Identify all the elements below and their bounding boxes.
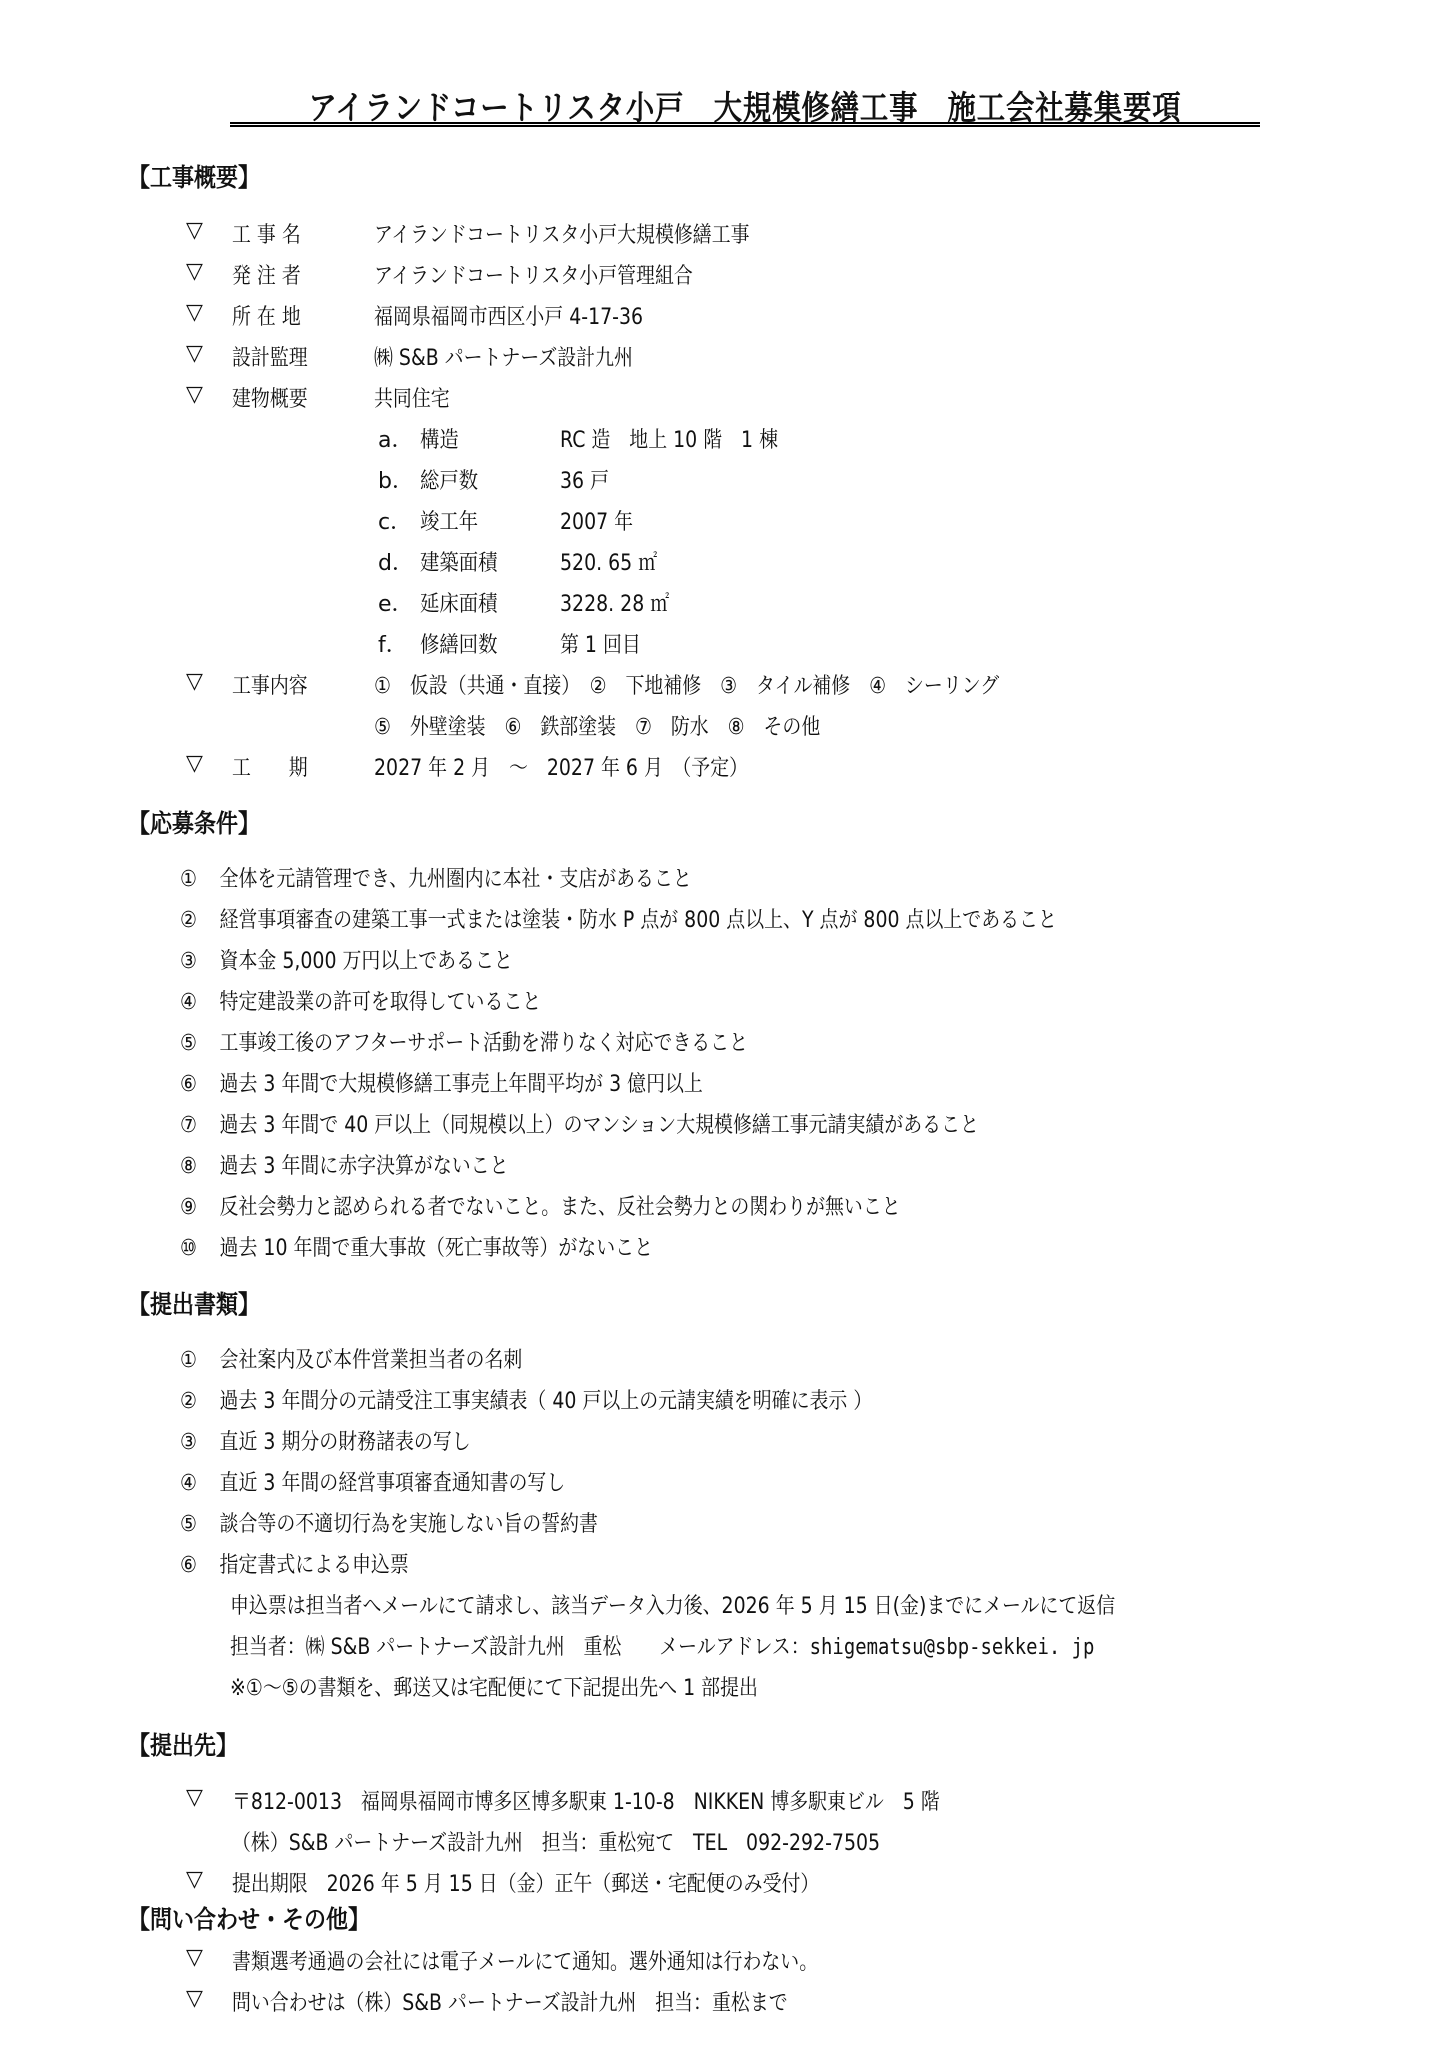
document-item: ⑤談合等の不適切行為を実施しない旨の誓約書 <box>180 1507 598 1538</box>
condition-text: 反社会勢力と認められる者でないこと。また、反社会勢力との関わりが無いこと <box>220 1195 901 1220</box>
work-content-line-1: ① 仮設（共通・直接） ② 下地補修 ③ タイル補修 ④ シーリング <box>374 669 999 700</box>
work-period-label: 工 期 <box>232 751 308 782</box>
triangle-bullet-icon: ▽ <box>186 341 203 366</box>
condition-item: ⑧過去 3 年間に赤字決算がないこと <box>180 1149 509 1180</box>
triangle-bullet-icon: ▽ <box>186 300 203 325</box>
condition-number: ② <box>180 908 220 933</box>
document-text: 過去 3 年間分の元請受注工事実績表（ 40 戸以上の元請実績を明確に表示 ） <box>220 1389 873 1414</box>
triangle-bullet-icon: ▽ <box>186 259 203 284</box>
spec-key: 竣工年 <box>420 505 478 536</box>
document-number: ① <box>180 1348 220 1373</box>
overview-label: 発 注 者 <box>232 259 301 290</box>
triangle-bullet-icon: ▽ <box>186 1867 203 1892</box>
spec-letter: a． <box>378 423 413 454</box>
section-heading-overview: 【工事概要】 <box>128 158 260 194</box>
document-text: 会社案内及び本件営業担当者の名刺 <box>220 1348 523 1373</box>
condition-number: ⑥ <box>180 1072 220 1097</box>
document-item: ①会社案内及び本件営業担当者の名刺 <box>180 1343 522 1374</box>
document-number: ⑤ <box>180 1512 220 1537</box>
triangle-bullet-icon: ▽ <box>186 1785 203 1810</box>
spec-letter: f． <box>378 628 408 659</box>
deadline-text: 提出期限 2026 年 5 月 15 日（金）正午（郵送・宅配便のみ受付） <box>232 1867 819 1898</box>
condition-text: 資本金 5,000 万円以上であること <box>220 949 513 974</box>
document-item: ⑥指定書式による申込票 <box>180 1548 409 1579</box>
section-heading-inquiries: 【問い合わせ・その他】 <box>128 1900 370 1936</box>
triangle-bullet-icon: ▽ <box>186 751 203 776</box>
condition-text: 経営事項審査の建築工事一式または塗装・防水 P 点が 800 点以上、Y 点が … <box>220 908 1057 933</box>
work-content-label: 工事内容 <box>232 669 308 700</box>
condition-item: ⑦過去 3 年間で 40 戸以上（同規模以上）のマンション大規模修繕工事元請実績… <box>180 1108 979 1139</box>
contact-email-link[interactable]: shigematsu@sbp-sekkei. jp <box>810 1635 1095 1660</box>
document-text: 談合等の不適切行為を実施しない旨の誓約書 <box>220 1512 598 1537</box>
condition-item: ⑥過去 3 年間で大規模修繕工事売上年間平均が 3 億円以上 <box>180 1067 703 1098</box>
spec-value: 第 1 回目 <box>560 628 641 659</box>
condition-item: ③資本金 5,000 万円以上であること <box>180 944 513 975</box>
spec-value: 520. 65 ㎡ <box>560 546 657 577</box>
triangle-bullet-icon: ▽ <box>186 1986 203 2011</box>
spec-value: 36 戸 <box>560 464 609 495</box>
condition-text: 全体を元請管理でき、九州圏内に本社・支店があること <box>220 867 692 892</box>
condition-item: ①全体を元請管理でき、九州圏内に本社・支店があること <box>180 862 692 893</box>
application-request-note: 申込票は担当者へメールにて請求し、該当データ入力後、2026 年 5 月 15 … <box>230 1589 1115 1620</box>
mail-submission-note: ※①～⑤の書類を、郵送又は宅配便にて下記提出先へ 1 部提出 <box>230 1671 758 1702</box>
inquiry-text: 問い合わせは（株）S&B パートナーズ設計九州 担当：重松まで <box>232 1986 788 2017</box>
document-number: ⑥ <box>180 1553 220 1578</box>
overview-label: 工 事 名 <box>232 218 301 249</box>
condition-text: 過去 3 年間で大規模修繕工事売上年間平均が 3 億円以上 <box>220 1072 703 1097</box>
document-text: 直近 3 期分の財務諸表の写し <box>220 1430 471 1455</box>
condition-item: ④特定建設業の許可を取得していること <box>180 985 541 1016</box>
overview-value: アイランドコートリスタ小戸大規模修繕工事 <box>374 218 750 249</box>
triangle-bullet-icon: ▽ <box>186 1945 203 1970</box>
recipient-text: （株）S&B パートナーズ設計九州 担当：重松宛て TEL 092-292-75… <box>232 1826 880 1857</box>
section-heading-conditions: 【応募条件】 <box>128 804 260 840</box>
overview-value: アイランドコートリスタ小戸管理組合 <box>374 259 693 290</box>
condition-item: ⑤工事竣工後のアフターサポート活動を滞りなく対応できること <box>180 1026 748 1057</box>
work-content-line-2: ⑤ 外壁塗装 ⑥ 鉄部塗装 ⑦ 防水 ⑧ その他 <box>374 710 820 741</box>
condition-item: ⑨反社会勢力と認められる者でないこと。また、反社会勢力との関わりが無いこと <box>180 1190 901 1221</box>
spec-letter: e． <box>378 587 414 618</box>
overview-label: 所 在 地 <box>232 300 301 331</box>
condition-number: ④ <box>180 990 220 1015</box>
document-number: ③ <box>180 1430 220 1455</box>
condition-text: 特定建設業の許可を取得していること <box>220 990 542 1015</box>
condition-text: 過去 3 年間で 40 戸以上（同規模以上）のマンション大規模修繕工事元請実績が… <box>220 1113 979 1138</box>
spec-letter: c． <box>378 505 412 536</box>
section-heading-submission: 【提出先】 <box>128 1726 238 1762</box>
overview-label: 建物概要 <box>232 382 308 413</box>
work-period-value: 2027 年 2 月 ～ 2027 年 6 月 （予定） <box>374 751 748 782</box>
condition-number: ⑨ <box>180 1195 220 1220</box>
contact-person-text: 担当者：㈱ S&B パートナーズ設計九州 重松 メールアドレス： <box>230 1635 810 1660</box>
contact-person-note: 担当者：㈱ S&B パートナーズ設計九州 重松 メールアドレス：shigemat… <box>230 1630 1094 1661</box>
spec-value: 3228. 28 ㎡ <box>560 587 669 618</box>
document-number: ② <box>180 1389 220 1414</box>
inquiry-text: 書類選考通過の会社には電子メールにて通知。選外通知は行わない。 <box>232 1945 818 1976</box>
condition-number: ⑦ <box>180 1113 220 1138</box>
triangle-bullet-icon: ▽ <box>186 218 203 243</box>
document-text: 指定書式による申込票 <box>220 1553 409 1578</box>
condition-number: ⑧ <box>180 1154 220 1179</box>
overview-value: 福岡県福岡市西区小戸 4-17-36 <box>374 300 643 331</box>
document-text: 直近 3 年間の経営事項審査通知書の写し <box>220 1471 566 1496</box>
section-heading-documents: 【提出書類】 <box>128 1285 260 1321</box>
spec-letter: d． <box>378 546 414 577</box>
condition-item: ②経営事項審査の建築工事一式または塗装・防水 P 点が 800 点以上、Y 点が… <box>180 903 1057 934</box>
spec-key: 修繕回数 <box>420 628 497 659</box>
document-number: ④ <box>180 1471 220 1496</box>
condition-text: 工事竣工後のアフターサポート活動を滞りなく対応できること <box>220 1031 748 1056</box>
address-text: 〒812-0013 福岡県福岡市博多区博多駅東 1-10-8 NIKKEN 博多… <box>232 1785 940 1816</box>
triangle-bullet-icon: ▽ <box>186 382 203 407</box>
triangle-bullet-icon: ▽ <box>186 669 203 694</box>
spec-key: 総戸数 <box>420 464 478 495</box>
document-page: アイランドコートリスタ小戸 大規模修繕工事 施工会社募集要項 【工事概要】 ▽ … <box>0 0 1447 2047</box>
condition-item: ⑩過去 10 年間で重大事故（死亡事故等）がないこと <box>180 1231 653 1262</box>
spec-value: RC 造 地上 10 階 1 棟 <box>560 423 778 454</box>
overview-value: 共同住宅 <box>374 382 450 413</box>
condition-number: ① <box>180 867 220 892</box>
document-item: ②過去 3 年間分の元請受注工事実績表（ 40 戸以上の元請実績を明確に表示 ） <box>180 1384 872 1415</box>
spec-key: 延床面積 <box>420 587 497 618</box>
spec-key: 構造 <box>420 423 459 454</box>
title-double-underline <box>230 122 1260 127</box>
overview-label: 設計監理 <box>232 341 308 372</box>
condition-number: ⑩ <box>180 1236 220 1261</box>
condition-text: 過去 3 年間に赤字決算がないこと <box>220 1154 509 1179</box>
condition-number: ⑤ <box>180 1031 220 1056</box>
condition-number: ③ <box>180 949 220 974</box>
spec-letter: b． <box>378 464 414 495</box>
overview-value: ㈱ S&B パートナーズ設計九州 <box>374 341 633 372</box>
spec-key: 建築面積 <box>420 546 497 577</box>
condition-text: 過去 10 年間で重大事故（死亡事故等）がないこと <box>220 1236 653 1261</box>
document-item: ③直近 3 期分の財務諸表の写し <box>180 1425 471 1456</box>
spec-value: 2007 年 <box>560 505 633 536</box>
document-item: ④直近 3 年間の経営事項審査通知書の写し <box>180 1466 565 1497</box>
